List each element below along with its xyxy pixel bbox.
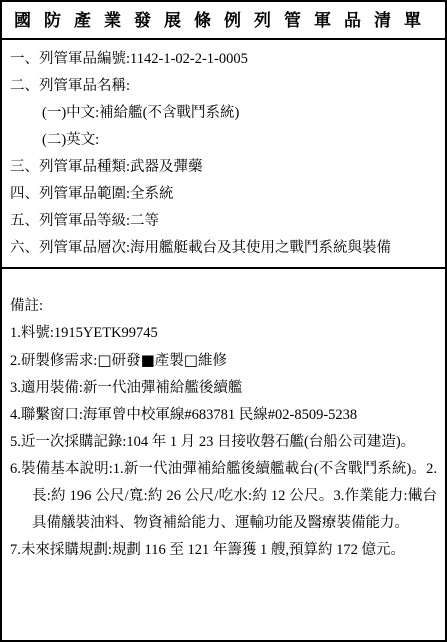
note-rd-requirement: 2.研製修需求:□研發■產製□維修 (10, 347, 437, 375)
note-future-procurement-plan: 7.未來採購規劃:規劃 116 至 121 年籌獲 1 艘,預算約 172 億元… (10, 537, 437, 564)
checkbox-production-checked-icon: ■ (141, 351, 155, 369)
note-applicable-equipment: 3.適用裝備:新一代油彈補給艦後續艦 (10, 375, 437, 402)
item-category: 三、列管軍品種類:武器及彈藥 (10, 154, 437, 181)
note-contact-window: 4.聯繫窗口:海軍曾中校軍線#683781 民線#02-8509-5238 (10, 402, 437, 429)
notes-heading: 備註: (10, 293, 437, 320)
checkbox-develop-label: 研發 (112, 353, 141, 369)
checkbox-maintenance-label: 維修 (198, 353, 227, 369)
item-control-number: 一、列管軍品編號:1142-1-02-2-1-0005 (10, 46, 437, 73)
item-name-heading: 二、列管軍品名稱: (10, 73, 437, 100)
checkbox-maintenance-unchecked-icon: □ (184, 351, 198, 369)
note-last-procurement-record: 5.近一次採購記錄:104 年 1 月 23 日接收磐石艦(台船公司建造)。 (10, 429, 437, 456)
main-section: 一、列管軍品編號:1142-1-02-2-1-0005 二、列管軍品名稱: (一… (2, 40, 445, 262)
document-title-row: 國防產業發展條例列管軍品清單 (2, 2, 445, 40)
item-name-english: (二)英文: (10, 127, 437, 154)
item-scope: 四、列管軍品範圍:全系統 (10, 181, 437, 208)
item-grade: 五、列管軍品等級:二等 (10, 208, 437, 235)
note-rd-requirement-label: 2.研製修需求: (10, 353, 97, 369)
note-equipment-description: 6.裝備基本說明:1.新一代油彈補給艦後續艦載台(不含戰鬥系統)。2.長:約 1… (10, 456, 437, 537)
item-level: 六、列管軍品層次:海用艦艇載台及其使用之戰鬥系統與裝備 (10, 235, 437, 262)
checkbox-production-label: 產製 (155, 353, 184, 369)
notes-section: 備註: 1.料號:1915YETK99745 2.研製修需求:□研發■產製□維修… (2, 269, 445, 564)
item-name-chinese: (一)中文:補給艦(不含戰鬥系統) (10, 100, 437, 127)
note-part-number: 1.料號:1915YETK99745 (10, 320, 437, 347)
document-page: 國防產業發展條例列管軍品清單 一、列管軍品編號:1142-1-02-2-1-00… (0, 0, 447, 642)
document-title: 國防產業發展條例列管軍品清單 (14, 5, 445, 36)
checkbox-develop-unchecked-icon: □ (97, 351, 111, 369)
